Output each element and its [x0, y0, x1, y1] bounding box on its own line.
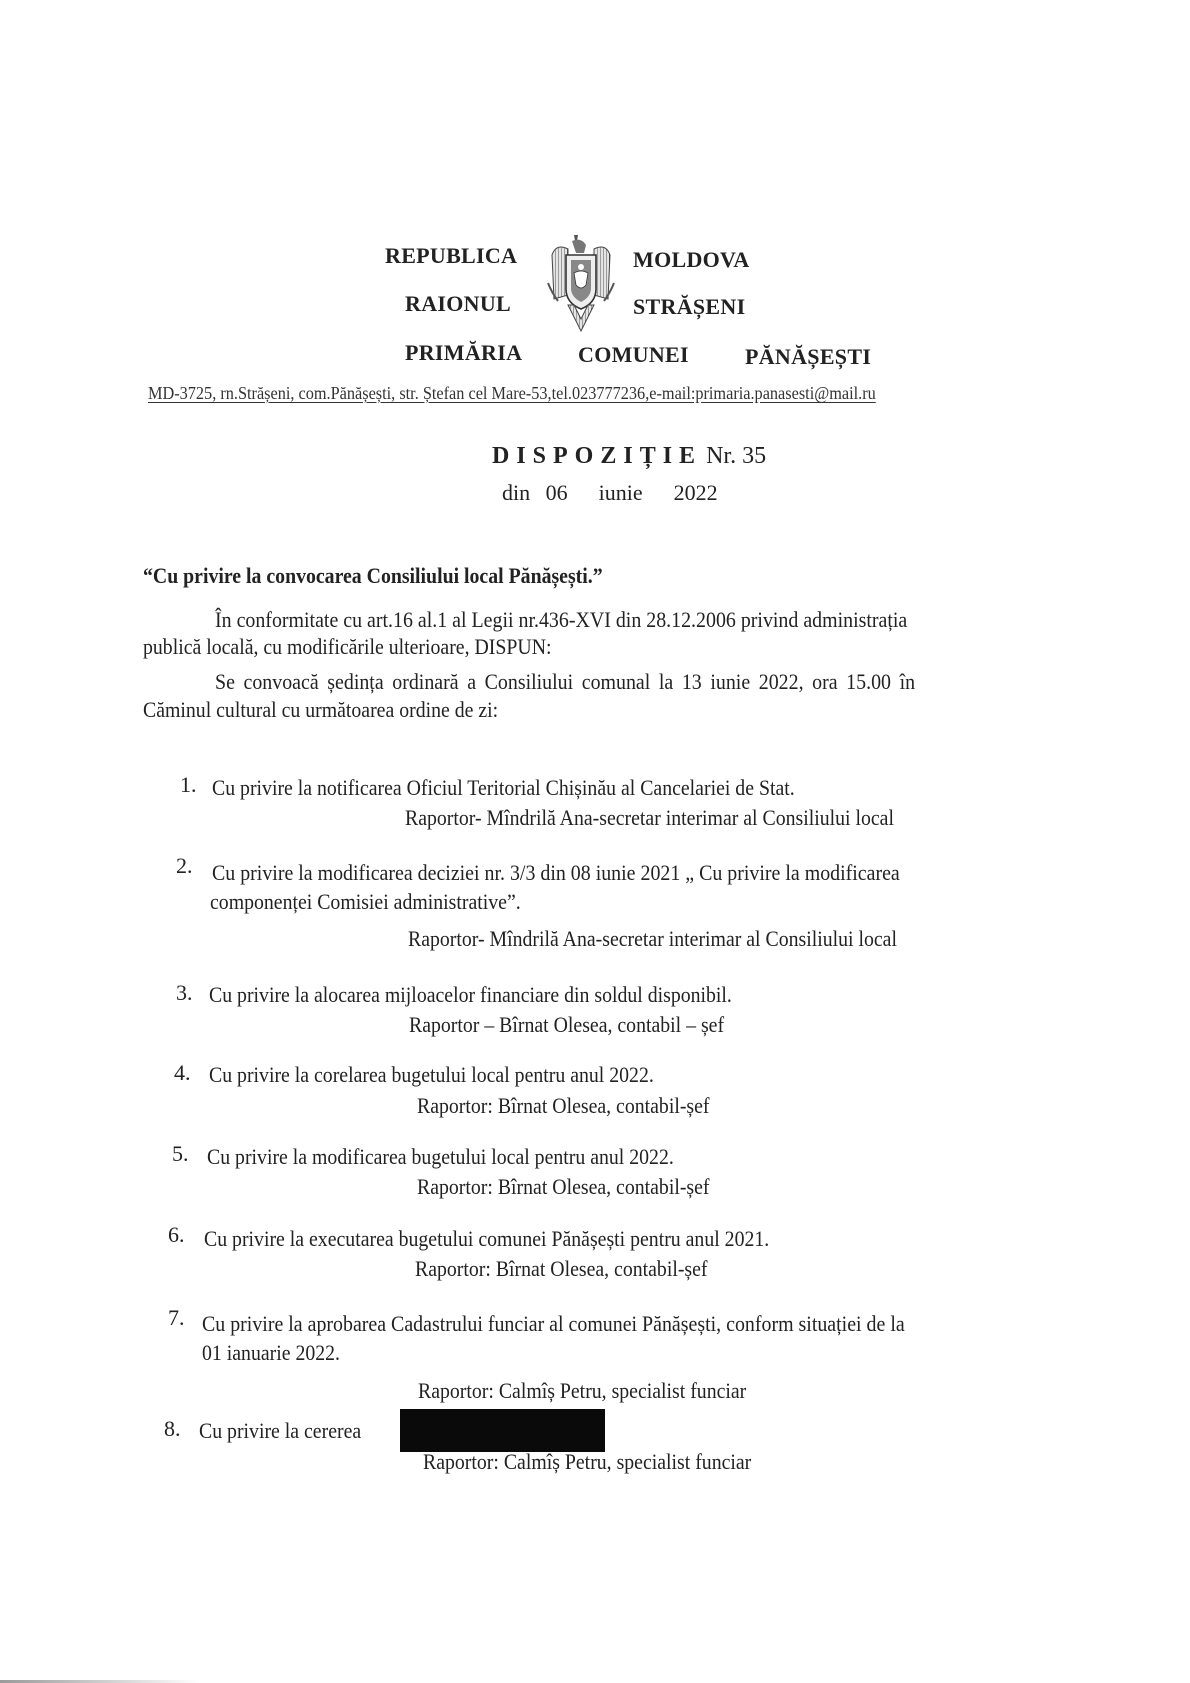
agenda-item-rapporteur: Raportor – Bîrnat Olesea, contabil – șef — [409, 1012, 724, 1038]
agenda-item-rapporteur: Raportor: Calmîș Petru, specialist funci… — [423, 1449, 751, 1475]
agenda-item-rapporteur: Raportor- Mîndrilă Ana-secretar interima… — [405, 805, 894, 831]
agenda-item-text: Cu privire la modificarea bugetului loca… — [207, 1144, 674, 1170]
intro-line-2: publică locală, cu modificările ulterioa… — [143, 634, 552, 660]
agenda-item-rapporteur: Raportor: Bîrnat Olesea, contabil-șef — [415, 1256, 708, 1282]
address-line: MD-3725, rn.Strășeni, com.Pănășești, str… — [148, 383, 876, 404]
agenda-item-number: 4. — [174, 1060, 191, 1086]
document-date: din 06 iunie 2022 — [502, 480, 718, 506]
document-title: DISPOZIȚIE Nr. 35 — [492, 443, 766, 470]
header-straseni: STRĂȘENI — [633, 294, 745, 320]
date-prefix: din — [502, 480, 530, 505]
agenda-item-text: Cu privire la cererea — [199, 1418, 361, 1444]
convene-line-2: Căminul cultural cu următoarea ordine de… — [143, 697, 498, 723]
agenda-item-text: Cu privire la notificarea Oficiul Terito… — [212, 775, 795, 801]
agenda-item-number: 1. — [180, 772, 197, 798]
header-moldova: MOLDOVA — [633, 247, 750, 273]
header-republica: REPUBLICA — [385, 243, 517, 269]
agenda-item-text: Cu privire la modificarea deciziei nr. 3… — [212, 860, 900, 886]
moldova-coat-of-arms-icon — [546, 233, 616, 333]
agenda-item-number: 5. — [172, 1141, 189, 1167]
agenda-item-text: Cu privire la executarea bugetului comun… — [204, 1226, 769, 1252]
header-comunei: COMUNEI — [578, 342, 689, 368]
header-raionul: RAIONUL — [405, 291, 511, 317]
agenda-item-number: 7. — [168, 1305, 185, 1331]
document-number: Nr. 35 — [706, 443, 766, 469]
intro-line-1: În conformitate cu art.16 al.1 al Legii … — [215, 607, 907, 633]
agenda-item-text: Cu privire la aprobarea Cadastrului func… — [202, 1311, 905, 1337]
agenda-item-number: 6. — [168, 1222, 185, 1248]
header-panasesti: PĂNĂȘEȘTI — [745, 344, 871, 370]
redacted-name-block — [400, 1409, 605, 1452]
document-type: DISPOZIȚIE — [492, 443, 702, 469]
agenda-item-text-cont: componenței Comisiei administrative”. — [210, 889, 521, 915]
agenda-item-text: Cu privire la alocarea mijloacelor finan… — [209, 982, 732, 1008]
agenda-item-number: 3. — [176, 980, 193, 1006]
agenda-item-rapporteur: Raportor: Bîrnat Olesea, contabil-șef — [417, 1174, 710, 1200]
convene-line-1: Se convoacă ședința ordinară a Consiliul… — [215, 669, 915, 695]
agenda-item-number: 8. — [164, 1416, 181, 1442]
agenda-item-rapporteur: Raportor- Mîndrilă Ana-secretar interima… — [408, 926, 897, 952]
agenda-item-number: 2. — [176, 853, 193, 879]
document-subject: “Cu privire la convocarea Consiliului lo… — [143, 563, 603, 589]
agenda-item-text-cont: 01 ianuarie 2022. — [202, 1340, 340, 1366]
date-value: 06 iunie 2022 — [546, 480, 718, 505]
agenda-item-text: Cu privire la corelarea bugetului local … — [209, 1062, 654, 1088]
agenda-item-rapporteur: Raportor: Bîrnat Olesea, contabil-șef — [417, 1093, 710, 1119]
header-primaria: PRIMĂRIA — [405, 340, 522, 366]
agenda-item-rapporteur: Raportor: Calmîș Petru, specialist funci… — [418, 1378, 746, 1404]
